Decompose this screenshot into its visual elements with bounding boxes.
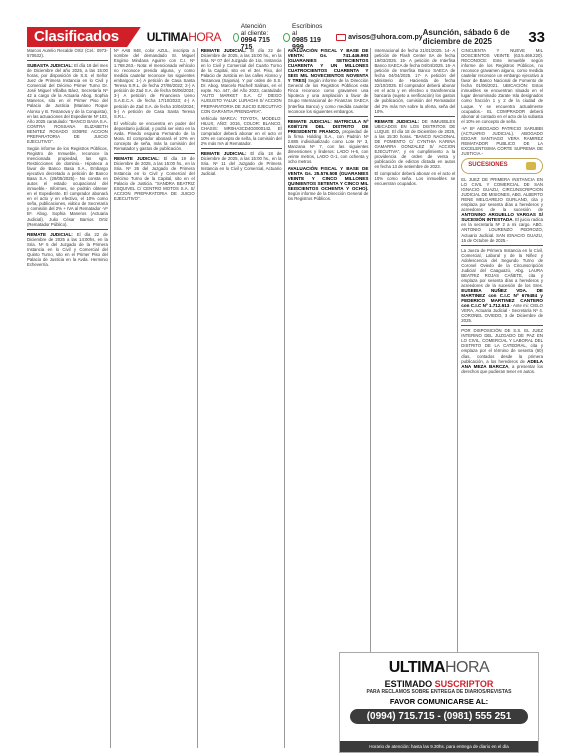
notice-text: Internacional de fecha 21/01/2025. 14- A… (374, 48, 455, 114)
notice: El comprador deberá abonar en el acto el… (374, 171, 455, 186)
notice: REMATE JUDICIAL: El día 18 de Diciembre … (201, 151, 282, 176)
ad-headline-b: SUSCRIPTOR (435, 679, 494, 689)
divider (201, 148, 282, 149)
page-header: Clasificados ULTIMAHORA Atención al clie… (27, 27, 545, 47)
column-3: REMATE JUDICIAL: El día 22 de Diciembre … (201, 48, 285, 748)
divider (374, 116, 455, 117)
contact2-label: Escríbinos al (292, 23, 324, 37)
section-title: Clasificados (27, 27, 141, 47)
notice-text: El día 22 de Diciembre de 2025 a las 14:… (27, 232, 108, 267)
notice-text: Vehículo MARCA: TOYOTA, MODELO: HILUX, A… (201, 116, 282, 146)
notice-text: Nº AAB 848, color AZUL, inscripta a nomb… (114, 48, 195, 119)
whatsapp-contact: Escríbinos al0985 119 999 (283, 23, 324, 51)
divider (27, 229, 108, 230)
column-1: Marcos Aurelio Recalde Ortiz (Cel.: 0973… (27, 48, 111, 748)
notice-text: La Jueza de Primera Instancia en lo Civi… (461, 248, 543, 288)
notice: El vehículo se encuentra en poder del de… (114, 121, 195, 151)
whatsapp-icon (283, 33, 290, 42)
notice: SUBASTA JUDICIAL: El día 18 del mes de D… (27, 63, 108, 144)
notice-text: -Vº Bº ABOGADO PATRICIO SARUBBI (ACTUARI… (461, 126, 543, 156)
notice: -Vº Bº ABOGADO PATRICIO SARUBBI (ACTUARI… (461, 126, 543, 156)
logo-light: HORA (188, 30, 221, 44)
contact1-label: Atención al cliente: (241, 23, 271, 37)
notice: Marcos Aurelio Recalde Ortiz (Cel.: 0973… (27, 48, 108, 58)
succession-notice: EL JUEZ DE PRIMERA INSTANCIA EN LO CIVIL… (461, 177, 543, 243)
ad-headline-a: ESTIMADO (385, 679, 433, 689)
newspaper-logo: ULTIMAHORA (147, 30, 221, 44)
divider (288, 116, 369, 117)
notice-text: EL JUEZ DE PRIMERA INSTANCIA EN LO CIVIL… (461, 177, 543, 212)
page-number: 33 (528, 29, 545, 46)
notice-text: Marcos Aurelio Recalde Ortiz (Cel.: 0973… (27, 48, 108, 58)
email-contact: avisos@uhora.com.py (336, 34, 423, 41)
notice-text: Según informe de los Registros Públicos,… (27, 146, 108, 227)
notice-text: El día 19 de Diciembre de 2025, a las 15… (114, 156, 195, 201)
ad-footer: Horario de atención: hasta las 9.30hs. p… (340, 741, 538, 752)
notice-text: propiedad de la firma Holding S.A., con … (288, 129, 369, 164)
notice: REMATE JUDICIAL: El día 22 de Diciembre … (27, 232, 108, 267)
notice-text: El vehículo se encuentra en poder del de… (114, 121, 195, 151)
notice: AVALUACIÓN FISCAL Y BASE DE VENTA: Gs. 7… (288, 48, 369, 114)
classifieds-columns: Marcos Aurelio Recalde Ortiz (Cel.: 0973… (27, 48, 545, 748)
ad-logo-bold: ULTIMA (389, 659, 445, 676)
column-5: Internacional de fecha 21/01/2025. 14- A… (374, 48, 458, 748)
notice: CINCUENTA Y NUEVE MIL DOSCIENTOS VEINTE … (461, 48, 543, 124)
notice: AVALUACIÓN FISCAL Y BASE DE VENTA Gs. 25… (288, 166, 369, 201)
ad-logo-light: HORA (445, 659, 489, 676)
ad-logo: ULTIMAHORA (340, 659, 538, 677)
notice: REMATE JUDICIAL: El día 19 de Diciembre … (114, 156, 195, 201)
whatsapp-icon (233, 33, 239, 42)
notice-text: DE INMUEBLES UBICADOS EN LOS DISTRITOS D… (374, 119, 455, 169)
sucesiones-section-banner: SUCESIONES (461, 158, 543, 174)
succession-notice: POR DISPOSICIÓN DE S.S. EL JUEZ INTERINO… (461, 328, 543, 373)
ad-phone-numbers: (0994) 715.715 - (0981) 555 251 (350, 709, 528, 724)
notice: REMATE JUDICIAL: DE INMUEBLES UBICADOS E… (374, 119, 455, 169)
notice: Internacional de fecha 21/01/2025. 14- A… (374, 48, 455, 114)
divider (461, 325, 543, 326)
divider (114, 153, 195, 154)
divider (27, 60, 108, 61)
email-address: avisos@uhora.com.py (348, 34, 423, 41)
column-2: Nº AAB 848, color AZUL, inscripta a nomb… (114, 48, 198, 748)
ad-cta: FAVOR COMUNICARSE AL: (340, 697, 538, 706)
subscriber-ad: ULTIMAHORA ESTIMADO SUSCRIPTOR PARA RECL… (339, 652, 539, 753)
succession-notice: La Jueza de Primera Instancia en lo Civi… (461, 248, 543, 324)
people-icon (526, 162, 536, 170)
notice-text: CINCUENTA Y NUEVE MIL DOSCIENTOS VEINTE … (461, 48, 543, 124)
notice: Según informe de los Registros Públicos,… (27, 146, 108, 227)
notice-text: El día 22 de Diciembre de 2025, a las 15… (201, 48, 282, 114)
notice-text: Según informe de la Dirección General de… (288, 78, 369, 113)
customer-service-contact: Atención al cliente:0994 715 715 (233, 23, 271, 51)
ad-subline: PARA RECLAMOS SOBRE ENTREGA DE DIARIOS/R… (340, 689, 538, 695)
notice-text: Según informe de la Dirección General de… (288, 191, 369, 201)
column-4: AVALUACIÓN FISCAL Y BASE DE VENTA: Gs. 7… (288, 48, 372, 748)
notice: REMATE JUDICIAL: El día 22 de Diciembre … (201, 48, 282, 114)
notice-heading: AVALUACIÓN FISCAL Y BASE DE VENTA Gs. 25… (288, 166, 369, 191)
ad-headline: ESTIMADO SUSCRIPTOR (340, 679, 538, 689)
envelope-icon (336, 34, 346, 41)
notice-text: El comprador deberá abonar en el acto el… (374, 171, 455, 186)
dateline: Asunción, sábado 6 de diciembre de 2025 (423, 28, 515, 46)
logo-bold: ULTIMA (147, 30, 188, 44)
notice: Nº AAB 848, color AZUL, inscripta a nomb… (114, 48, 195, 119)
notice: Vehículo MARCA: TOYOTA, MODELO: HILUX, A… (201, 116, 282, 146)
notice: REMATE JUDICIAL: MATRICULA Nº K08/7178 D… (288, 119, 369, 164)
column-6: CINCUENTA Y NUEVE MIL DOSCIENTOS VEINTE … (461, 48, 545, 748)
divider (461, 245, 543, 246)
section-label: SUCESIONES (468, 163, 507, 168)
notice-text: El día 18 del mes de Diciembre del año 2… (27, 63, 108, 144)
